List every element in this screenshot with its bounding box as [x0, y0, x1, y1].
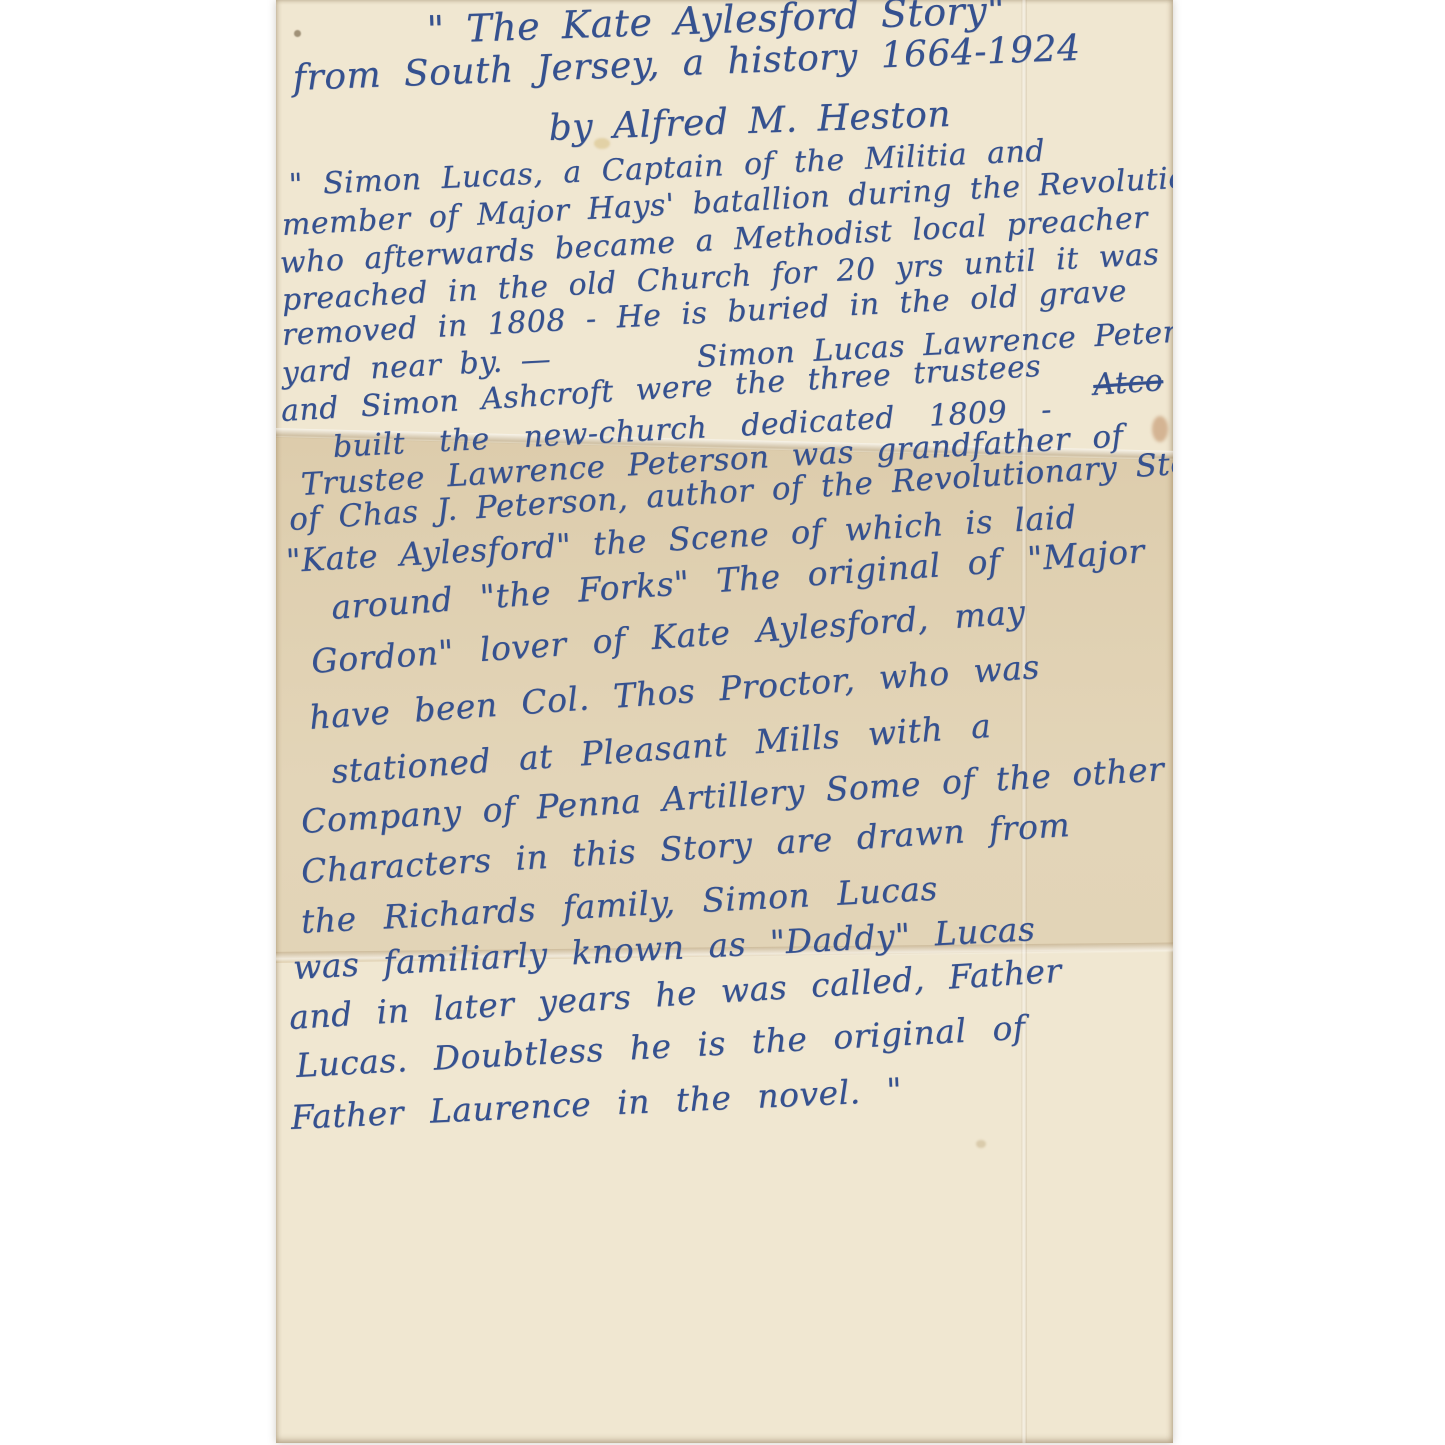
paper-stain [976, 1140, 986, 1148]
paper-stain [1152, 416, 1168, 442]
struck-out-word: Atco [1092, 363, 1164, 403]
letter-paper: " The Kate Aylesford Story" from South J… [276, 0, 1173, 1443]
scan-background: " The Kate Aylesford Story" from South J… [0, 0, 1445, 1445]
paper-speck [294, 30, 301, 37]
